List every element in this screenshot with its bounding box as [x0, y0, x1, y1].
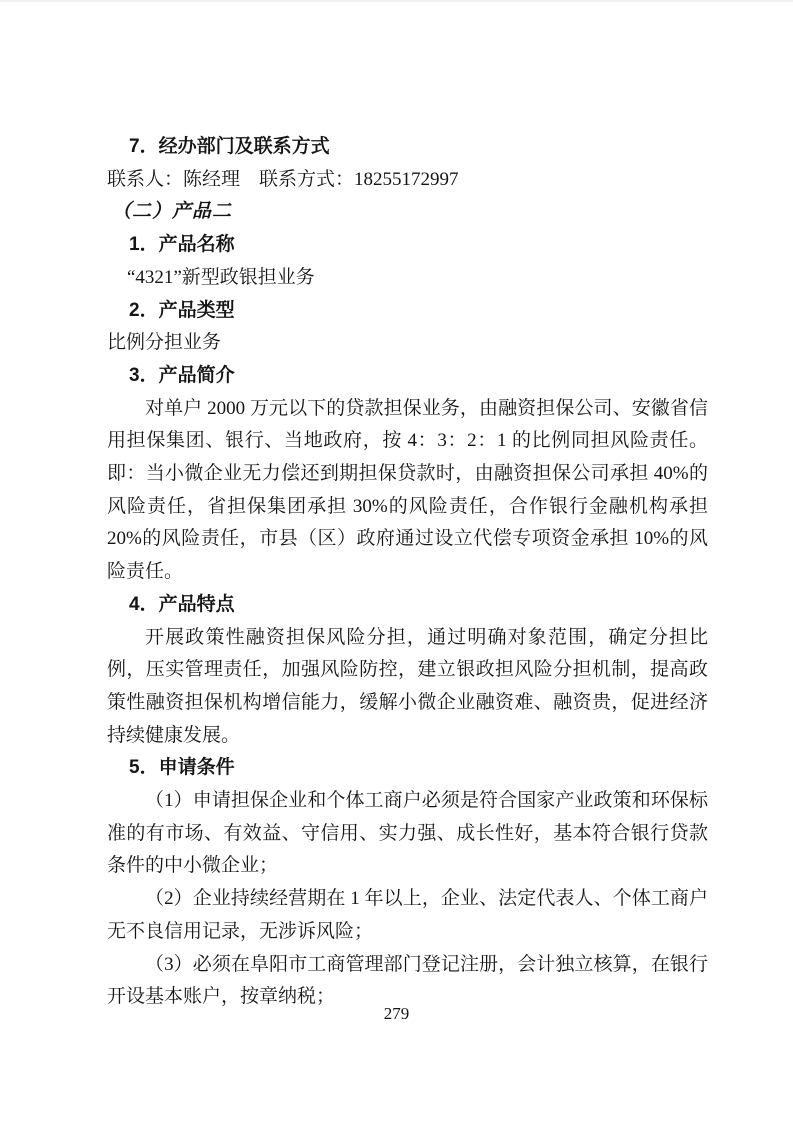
product-section-heading: （二）产品二	[107, 196, 708, 229]
page-number: 279	[0, 1003, 793, 1025]
numbered-heading: 5．申请条件	[107, 752, 708, 785]
paragraph: 开展政策性融资担保风险分担，通过明确对象范围，确定分担比例，压实管理责任，加强风…	[107, 622, 708, 753]
numbered-heading: 2．产品类型	[107, 295, 708, 328]
text-line: 联系人：陈经理 联系方式：18255172997	[107, 164, 708, 197]
paragraph: （1）申请担保企业和个体工商户必须是符合国家产业政策和环保标准的有市场、有效益、…	[107, 785, 708, 883]
paragraph: 对单户 2000 万元以下的贷款担保业务，由融资担保公司、安徽省信用担保集团、银…	[107, 393, 708, 589]
numbered-heading: 3．产品简介	[107, 360, 708, 393]
text-line: 比例分担业务	[107, 327, 708, 360]
document-content: 7．经办部门及联系方式联系人：陈经理 联系方式：18255172997（二）产品…	[107, 131, 708, 1014]
numbered-heading: 7．经办部门及联系方式	[107, 131, 708, 164]
numbered-heading: 4．产品特点	[107, 589, 708, 622]
paragraph: （2）企业持续经营期在 1 年以上，企业、法定代表人、个体工商户无不良信用记录，…	[107, 883, 708, 948]
numbered-heading: 1．产品名称	[107, 229, 708, 262]
product-name-line: “4321”新型政银担业务	[107, 262, 708, 295]
document-page: 7．经办部门及联系方式联系人：陈经理 联系方式：18255172997（二）产品…	[0, 0, 793, 1122]
